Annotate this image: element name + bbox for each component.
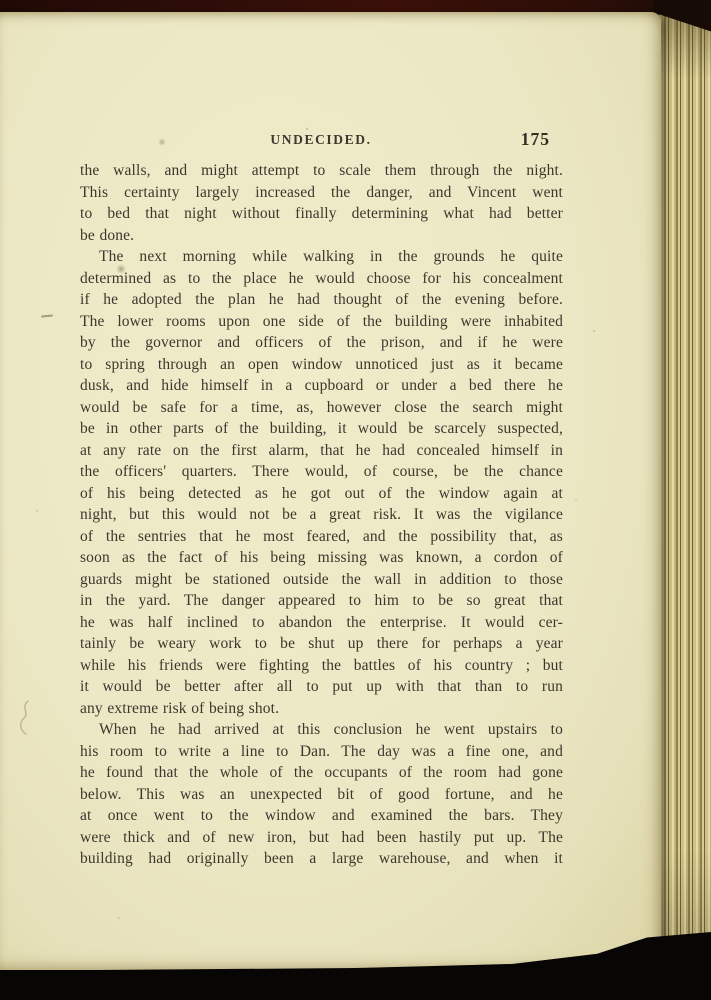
page-smudge	[116, 264, 126, 274]
text-line: the walls, and might attempt to scale th…	[80, 160, 563, 182]
text-line: The next morning while walking in the gr…	[80, 246, 563, 268]
page-text-block: the walls, and might attempt to scale th…	[80, 160, 563, 870]
paragraph-3: When he had arrived at this conclusion h…	[80, 719, 563, 870]
text-line: This certainty largely increased the dan…	[80, 182, 563, 204]
text-line: would be safe for a time, as, however cl…	[80, 397, 563, 419]
text-line: he was half inclined to abandon the ente…	[80, 612, 563, 634]
paper-specks	[0, 12, 2, 14]
text-line: his room to write a line to Dan. The day…	[80, 741, 563, 763]
text-line: soon as the fact of his being missing wa…	[80, 547, 563, 569]
text-line: tainly be weary work to be shut up there…	[80, 633, 563, 655]
text-line: be done.	[80, 225, 563, 247]
margin-pencil-dash	[41, 314, 53, 317]
text-line: the officers' quarters. There would, of …	[80, 461, 563, 483]
text-line: by the governor and officers of the pris…	[80, 332, 563, 354]
text-line: if he adopted the plan he had thought of…	[80, 289, 563, 311]
text-line: of the sentries that he most feared, and…	[80, 526, 563, 548]
text-line: at any rate on the first alarm, that he …	[80, 440, 563, 462]
page-smudge	[158, 138, 166, 146]
text-line: to spring through an open window unnotic…	[80, 354, 563, 376]
book-page: UNDECIDED. 175 the walls, and might atte…	[0, 12, 661, 970]
book-scan-photo: UNDECIDED. 175 the walls, and might atte…	[0, 0, 711, 1000]
page-number: 175	[521, 129, 550, 150]
text-line: The lower rooms upon one side of the bui…	[80, 311, 563, 333]
text-line: were thick and of new iron, but had been…	[80, 827, 563, 849]
paragraph-2: The next morning while walking in the gr…	[80, 246, 563, 719]
text-line: of his being detected as he got out of t…	[80, 483, 563, 505]
running-title: UNDECIDED.	[80, 132, 562, 148]
text-line: guards might be stationed outside the wa…	[80, 569, 563, 591]
text-line: at once went to the window and examined …	[80, 805, 563, 827]
text-line: determined as to the place he would choo…	[80, 268, 563, 290]
text-line: any extreme risk of being shot.	[80, 698, 563, 720]
text-line: in the yard. The danger appeared to him …	[80, 590, 563, 612]
text-line: night, but this would not be a great ris…	[80, 504, 563, 526]
text-line: while his friends were fighting the batt…	[80, 655, 563, 677]
text-line: it would be better after all to put up w…	[80, 676, 563, 698]
text-line: he found that the whole of the occupants…	[80, 762, 563, 784]
text-line: below. This was an unexpected bit of goo…	[80, 784, 563, 806]
page-header: UNDECIDED. 175	[80, 132, 562, 154]
text-line: dusk, and hide himself in a cupboard or …	[80, 375, 563, 397]
text-line: be in other parts of the building, it wo…	[80, 418, 563, 440]
text-line: to bed that night without finally determ…	[80, 203, 563, 225]
paragraph-1: the walls, and might attempt to scale th…	[80, 160, 563, 246]
text-line: building had originally been a large war…	[80, 848, 563, 870]
text-line: When he had arrived at this conclusion h…	[80, 719, 563, 741]
margin-squiggle-mark	[15, 698, 37, 738]
